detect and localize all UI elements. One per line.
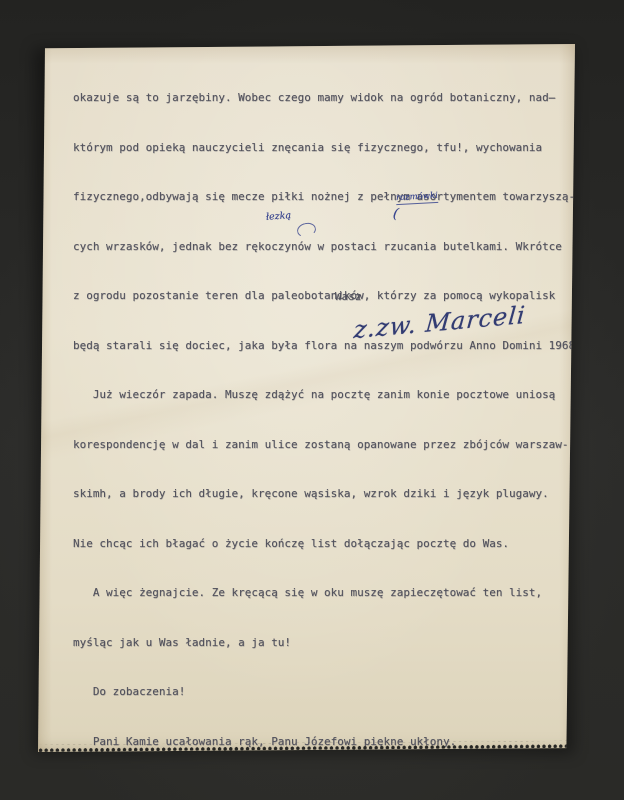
letter-line: którym pod opieką nauczycieli znęcania s… (73, 140, 578, 157)
photo-backdrop: okazuje są to jarzębiny. Wobec czego mam… (0, 0, 624, 800)
letter-line: skimh, a brody ich długie, kręcone wąsis… (73, 486, 578, 503)
letter-paper: okazuje są to jarzębiny. Wobec czego mam… (38, 44, 575, 752)
letter-line: korespondencję w dal i zanim ulice zosta… (73, 437, 578, 454)
letter-line: Nie chcąc ich błagać o życie kończę list… (73, 536, 578, 553)
letter-line: Już wieczór zapada. Muszę zdążyć na pocz… (73, 387, 578, 404)
letter-closing: Wasz (335, 290, 361, 303)
letter-line: fizycznego,odbywają się mecze piłki nożn… (73, 189, 578, 206)
letter-line: myśląc jak u Was ładnie, a ja tu! (73, 635, 578, 652)
handwritten-annotation-lezka: łezką (266, 210, 292, 223)
letter-line: cych wrzasków, jednak bez rękoczynów w p… (73, 239, 578, 256)
letter-line: Do zobaczenia! (73, 684, 578, 701)
letter-line: będą starali się dociec, jaka była flora… (73, 338, 578, 355)
handwritten-annotation-rozmowki: rozmówki (396, 191, 439, 205)
letter-line: A więc żegnajcie. Ze kręcącą się w oku m… (73, 585, 578, 602)
letter-line: okazuje są to jarzębiny. Wobec czego mam… (73, 90, 578, 107)
letter-body: okazuje są to jarzębiny. Wobec czego mam… (73, 57, 578, 783)
